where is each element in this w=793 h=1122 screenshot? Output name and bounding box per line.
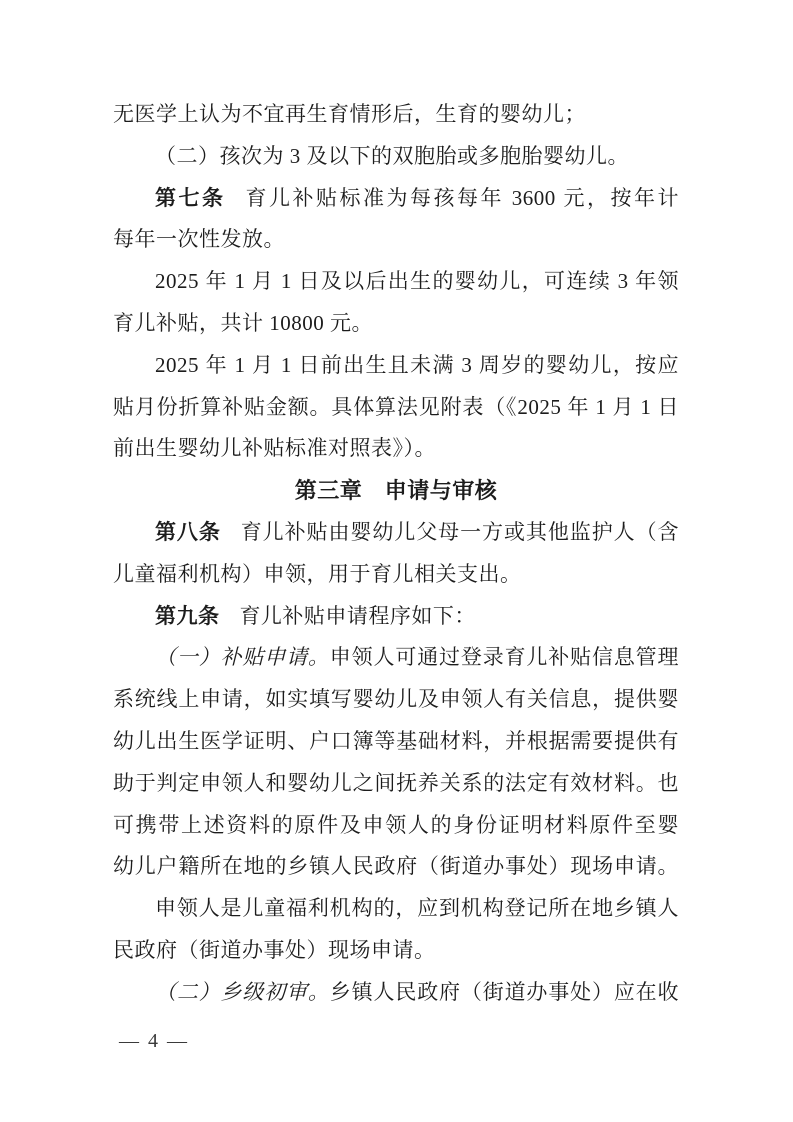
chapter-heading-text: 第三章 申请与审核 <box>295 478 498 503</box>
body-line: 2025 年 1 月 1 日及以后出生的婴幼儿，可连续 3 年领取 <box>113 261 679 303</box>
line-text: 幼儿出生医学证明、户口簿等基础材料，并根据需要提供有 <box>113 729 679 753</box>
document-body: 无医学上认为不宜再生育情形后，生育的婴幼儿； （二）孩次为 3 及以下的双胞胎或… <box>113 94 679 1014</box>
body-line: 系统线上申请，如实填写婴幼儿及申领人有关信息，提供婴 <box>113 679 679 721</box>
body-line: 儿童福利机构）申领，用于育儿相关支出。 <box>113 554 679 596</box>
line-text: 可携带上述资料的原件及申领人的身份证明材料原件至婴 <box>113 813 679 837</box>
document-page: 无医学上认为不宜再生育情形后，生育的婴幼儿； （二）孩次为 3 及以下的双胞胎或… <box>0 0 793 1122</box>
line-text: 系统线上申请，如实填写婴幼儿及申领人有关信息，提供婴 <box>113 687 679 711</box>
body-line: 助于判定申领人和婴幼儿之间抚养关系的法定有效材料。也 <box>113 763 679 805</box>
article-number: 第七条 <box>155 187 226 210</box>
page-number: — 4 — <box>119 1031 189 1051</box>
body-line: 幼儿出生医学证明、户口簿等基础材料，并根据需要提供有 <box>113 721 679 763</box>
line-text: 乡镇人民政府（街道办事处）应在收 <box>330 980 679 1004</box>
body-line: 无医学上认为不宜再生育情形后，生育的婴幼儿； <box>113 94 679 136</box>
body-line: 每年一次性发放。 <box>113 219 679 261</box>
line-text: 育儿补贴标准为每孩每年 3600 元，按年计算， <box>155 186 679 220</box>
line-text: 申领人可通过登录育儿补贴信息管理 <box>330 645 679 669</box>
body-line: 2025 年 1 月 1 日前出生且未满 3 周岁的婴幼儿，按应补 <box>113 345 679 387</box>
body-line: 贴月份折算补贴金额。具体算法见附表（《2025 年 1 月 1 日 <box>113 387 679 429</box>
line-text: 助于判定申领人和婴幼儿之间抚养关系的法定有效材料。也 <box>113 771 679 795</box>
chapter-heading: 第三章 申请与审核 <box>113 470 679 512</box>
line-text: 申领人是儿童福利机构的，应到机构登记所在地乡镇人 <box>155 896 679 920</box>
body-line: （一）补贴申请。申领人可通过登录育儿补贴信息管理 <box>113 637 679 679</box>
article-number: 第九条 <box>155 605 220 628</box>
line-text: 无医学上认为不宜再生育情形后，生育的婴幼儿； <box>113 102 586 126</box>
item-label: （二）乡级初审。 <box>155 980 330 1004</box>
line-text: 育儿补贴申请程序如下： <box>239 604 476 628</box>
line-text: 每年一次性发放。 <box>113 227 285 251</box>
body-line: 幼儿户籍所在地的乡镇人民政府（街道办事处）现场申请。 <box>113 846 679 888</box>
line-text: 育儿补贴，共计 10800 元。 <box>113 311 373 335</box>
body-line: （二）乡级初审。乡镇人民政府（街道办事处）应在收 <box>113 972 679 1014</box>
line-text: 幼儿户籍所在地的乡镇人民政府（街道办事处）现场申请。 <box>113 854 679 878</box>
body-line: 民政府（街道办事处）现场申请。 <box>113 930 679 972</box>
line-text: 育儿补贴由婴幼儿父母一方或其他监护人（含 <box>241 520 679 544</box>
body-line: （二）孩次为 3 及以下的双胞胎或多胞胎婴幼儿。 <box>113 136 679 178</box>
line-text: 民政府（街道办事处）现场申请。 <box>113 938 436 962</box>
body-line: 前出生婴幼儿补贴标准对照表》）。 <box>113 428 679 470</box>
body-line: 第八条育儿补贴由婴幼儿父母一方或其他监护人（含 <box>113 512 679 554</box>
body-line: 申领人是儿童福利机构的，应到机构登记所在地乡镇人 <box>113 888 679 930</box>
line-text: （二）孩次为 3 及以下的双胞胎或多胞胎婴幼儿。 <box>155 144 629 168</box>
body-line: 第七条育儿补贴标准为每孩每年 3600 元，按年计算， <box>113 178 679 220</box>
item-label: （一）补贴申请。 <box>155 645 330 669</box>
body-line: 可携带上述资料的原件及申领人的身份证明材料原件至婴 <box>113 805 679 847</box>
body-line: 第九条育儿补贴申请程序如下： <box>113 596 679 638</box>
line-text: 2025 年 1 月 1 日及以后出生的婴幼儿，可连续 3 年领取 <box>155 269 679 303</box>
article-number: 第八条 <box>155 521 221 544</box>
line-text: 前出生婴幼儿补贴标准对照表》）。 <box>113 436 436 460</box>
line-text: 儿童福利机构）申领，用于育儿相关支出。 <box>113 562 522 586</box>
line-text: 贴月份折算补贴金额。具体算法见附表（《2025 年 1 月 1 日 <box>113 395 679 419</box>
body-line: 育儿补贴，共计 10800 元。 <box>113 303 679 345</box>
line-text: 2025 年 1 月 1 日前出生且未满 3 周岁的婴幼儿，按应补 <box>155 353 679 387</box>
